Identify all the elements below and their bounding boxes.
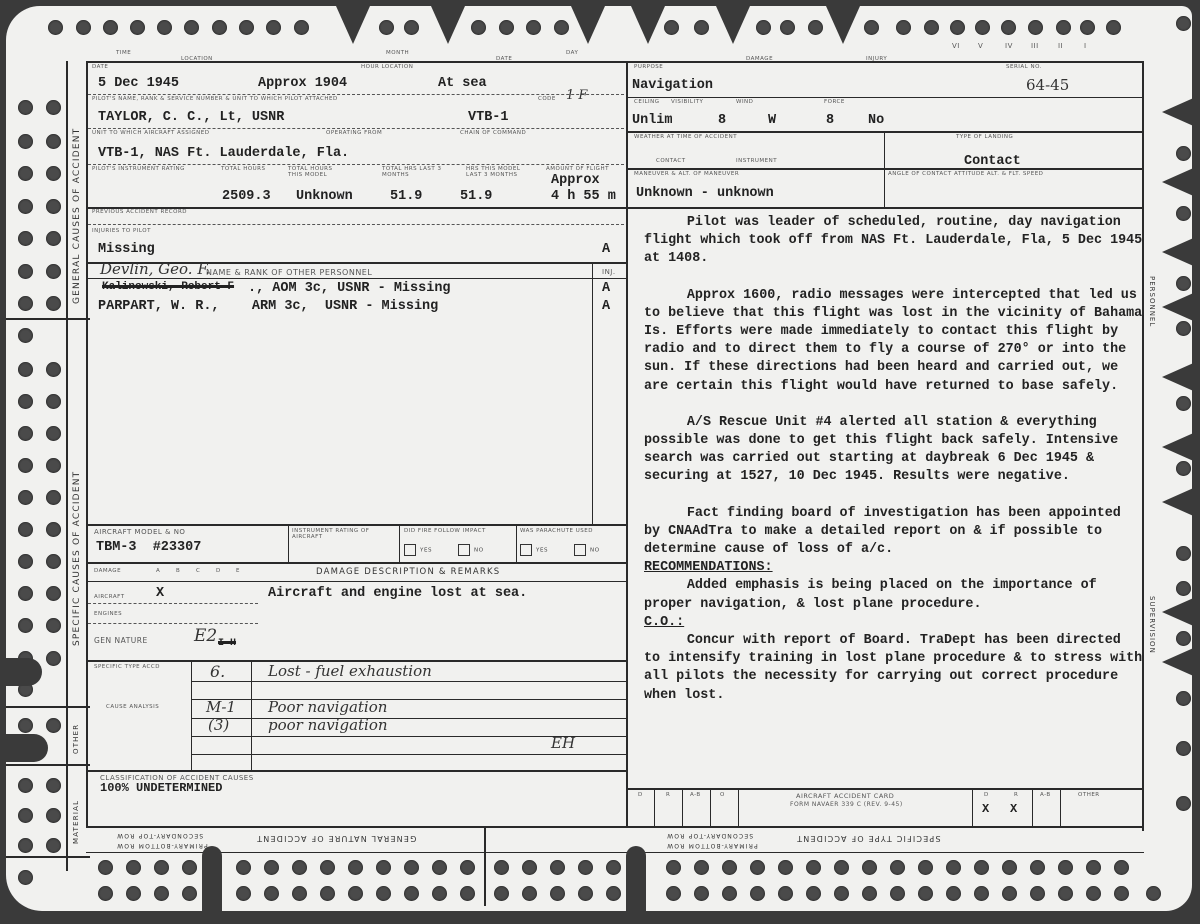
card-notch: [1162, 236, 1198, 268]
other-personnel-label: NAME & RANK OF OTHER PERSONNEL: [206, 268, 372, 277]
card-notch: [1162, 291, 1198, 323]
damage-remarks: Aircraft and engine lost at sea.: [268, 586, 527, 601]
aircraft-unit-label: UNIT TO WHICH AIRCRAFT ASSIGNED: [92, 130, 210, 136]
force: 8: [826, 113, 834, 128]
specific-type-label: SPECIFIC TYPE ACCD: [94, 664, 160, 670]
damage-col-d: D: [216, 568, 221, 574]
crew-detail: ., AOM 3c, USNR - Missing: [248, 281, 451, 296]
roman-6: VI: [952, 42, 960, 50]
damage-col-a: A: [156, 568, 160, 574]
serial-label: SERIAL NO.: [1006, 64, 1042, 70]
parachute-label: WAS PARACHUTE USED: [520, 528, 593, 534]
damage-engines-label: ENGINES: [94, 611, 122, 617]
damage-col-b: B: [176, 568, 180, 574]
bottom-right-sub1: PRIMARY-BOTTOM ROW: [666, 842, 758, 849]
side-label-supervision: SUPERVISION: [1148, 596, 1156, 654]
pilot-label: PILOT'S NAME, RANK & SERVICE NUMBER & UN…: [92, 96, 338, 102]
card-notch: [1162, 596, 1198, 628]
roman-2: II: [1058, 42, 1063, 50]
card-notch: [1162, 361, 1198, 393]
hours-model-last-3-months: 51.9: [460, 189, 492, 204]
hour-location-label: HOUR LOCATION: [361, 64, 413, 70]
instrument-rating-aircraft-label: INSTRUMENT RATING OF AIRCRAFT: [292, 528, 392, 540]
gen-nature-handwritten: E2: [194, 626, 217, 646]
wind-label: WIND: [736, 99, 753, 105]
form-number: FORM NAVAER 339 C (REV. 9-45): [790, 801, 903, 808]
card-notch: [336, 6, 370, 44]
gen-nature-label: GEN NATURE: [94, 636, 148, 645]
mark-d: X: [982, 802, 989, 816]
code-d-right: D: [984, 792, 989, 798]
side-label-other: OTHER: [72, 724, 80, 754]
parachute-no-checkbox[interactable]: NO: [574, 544, 600, 556]
card-notch: [431, 6, 465, 44]
bottom-left-sub1: PRIMARY-BOTTOM ROW: [116, 842, 208, 849]
speed-label: ANGLE OF CONTACT ATTITUDE ALT. & FLT. SP…: [888, 171, 1043, 177]
crew-injury: A: [602, 299, 610, 314]
bottom-right-label: SPECIFIC TYPE OF ACCIDENT: [796, 834, 941, 843]
purpose-label: PURPOSE: [634, 64, 663, 70]
accident-card: TIME LOCATION MONTH DATE DAY DAMAGE INJU…: [6, 6, 1192, 911]
card-notch: [1162, 166, 1198, 198]
classification-value: 100% UNDETERMINED: [100, 781, 222, 795]
roman-4: IV: [1005, 42, 1013, 50]
ceiling-label: CEILING: [634, 99, 660, 105]
roman-5: V: [978, 42, 983, 50]
initials: EH: [551, 734, 575, 752]
ceiling: Unlim: [632, 113, 673, 128]
specific-code: 6.: [210, 662, 225, 681]
total-hours: 2509.3: [222, 189, 271, 204]
co-heading: C.O.:: [644, 614, 1144, 632]
damage-col-e: E: [236, 568, 240, 574]
narrative-paragraph: Pilot was leader of scheduled, routine, …: [644, 214, 1144, 269]
chain-of-command-label: CHAIN OF COMMAND: [460, 130, 526, 136]
pilot-name: TAYLOR, C. C., Lt, USNR: [98, 110, 284, 125]
night: No: [868, 113, 884, 128]
crew-detail: PARPART, W. R., ARM 3c, USNR - Missing: [98, 299, 438, 314]
weather-label: WEATHER AT TIME OF ACCIDENT: [634, 134, 737, 140]
aircraft-unit: VTB-1, NAS Ft. Lauderdale, Fla.: [98, 146, 349, 161]
total-hours-label: TOTAL HOURS: [221, 166, 266, 172]
roman-1: I: [1084, 42, 1087, 50]
bottom-left-sub2: SECONDARY-TOP ROW: [116, 832, 203, 839]
flight-time-line2: 4 h 55 m: [551, 189, 616, 204]
code-other: OTHER: [1078, 792, 1100, 798]
fire-label: DID FIRE FOLLOW IMPACT: [404, 528, 486, 534]
fire-yes-checkbox[interactable]: YES: [404, 544, 432, 556]
hours-3mo-label: TOTAL HRS LAST 3 MONTHS: [382, 166, 442, 178]
purpose: Navigation: [632, 78, 713, 93]
cause-text: Poor navigation: [268, 698, 387, 716]
accident-location: At sea: [438, 76, 487, 91]
card-notch: [1162, 431, 1198, 463]
cause-analysis-label: CAUSE ANALYSIS: [106, 704, 159, 710]
code-ab-right: A-B: [1040, 792, 1051, 798]
card-notch: [1162, 486, 1198, 518]
pilot-injury: Missing: [98, 242, 155, 257]
side-label-general: GENERAL CAUSES OF ACCIDENT: [72, 128, 82, 304]
side-label-specific: SPECIFIC CAUSES OF ACCIDENT: [72, 471, 82, 646]
damage-label: DAMAGE: [94, 568, 121, 574]
gen-nature-struck: I-H: [218, 638, 236, 649]
narrative: Pilot was leader of scheduled, routine, …: [644, 214, 1144, 705]
bottom-left-label: GENERAL NATURE OF ACCIDENT: [256, 834, 416, 843]
accident-hour: Approx 1904: [258, 76, 347, 91]
injuries-label: INJURIES TO PILOT: [92, 228, 151, 234]
code-handwritten: 1 F: [566, 88, 587, 103]
bottom-right-sub2: SECONDARY-TOP ROW: [666, 832, 753, 839]
date-label: DATE: [92, 64, 108, 70]
aircraft-model-label: AIRCRAFT MODEL & NO: [94, 528, 185, 536]
top-label-time: TIME: [116, 50, 131, 56]
hours-model-3mo-label: HRS THIS MODEL LAST 3 MONTHS: [466, 166, 526, 178]
damage-col-c: C: [196, 568, 200, 574]
accident-date: 5 Dec 1945: [98, 76, 179, 91]
code-o: O: [720, 792, 725, 798]
crew-name-struck: Kalinowski, Robert F: [102, 281, 234, 293]
visibility-label: VISIBILITY: [671, 99, 703, 105]
card-notch: [1162, 646, 1198, 678]
instrument-label: INSTRUMENT: [736, 158, 777, 164]
pilot-injury-code: A: [602, 242, 610, 257]
hours-this-model: Unknown: [296, 189, 353, 204]
card-notch: [716, 6, 750, 44]
cause-code: (3): [208, 716, 229, 734]
side-label-personnel: PERSONNEL: [1148, 276, 1156, 327]
code-r: R: [666, 792, 670, 798]
maneuver-label: MANEUVER & ALT. OF MANEUVER: [634, 171, 739, 177]
narrative-paragraph: Approx 1600, radio messages were interce…: [644, 287, 1144, 396]
serial-number: 64-45: [1026, 76, 1069, 94]
flight-amount-label: AMOUNT OF FLIGHT: [546, 166, 609, 172]
contact-label: CONTACT: [656, 158, 686, 164]
flight-time-line1: Approx: [551, 173, 600, 188]
card-slot: [202, 846, 222, 916]
type-of-landing: Contact: [964, 154, 1021, 169]
damage-aircraft-mark: X: [156, 586, 164, 601]
crew-injury: A: [602, 281, 610, 296]
roman-3: III: [1031, 42, 1039, 50]
hours-last-3-months: 51.9: [390, 189, 422, 204]
handwritten-name: Devlin, Geo. F.: [100, 260, 210, 278]
maneuver: Unknown - unknown: [636, 186, 774, 201]
parachute-yes-checkbox[interactable]: YES: [520, 544, 548, 556]
cause-code: M-1: [206, 698, 236, 716]
side-label-material: MATERIAL: [72, 800, 80, 844]
aircraft-model: TBM-3 #23307: [96, 540, 201, 555]
narrative-paragraph: Fact finding board of investigation has …: [644, 505, 1144, 560]
card-slot: [626, 846, 646, 916]
wind: W: [768, 113, 776, 128]
cause-text: poor navigation: [268, 716, 388, 734]
narrative-paragraph: A/S Rescue Unit #4 alerted all station &…: [644, 414, 1144, 487]
card-notch: [571, 6, 605, 44]
fire-no-checkbox[interactable]: NO: [458, 544, 484, 556]
operating-from-label: OPERATING FROM: [326, 130, 382, 136]
instrument-rating-label: PILOT'S INSTRUMENT RATING: [92, 166, 185, 172]
mark-r: X: [1010, 802, 1017, 816]
narrative-paragraph: Concur with report of Board. TraDept has…: [644, 632, 1144, 705]
top-label-day: DAY: [566, 50, 578, 56]
remarks-header: DAMAGE DESCRIPTION & REMARKS: [316, 567, 500, 577]
damage-aircraft-label: AIRCRAFT: [94, 594, 125, 600]
card-notch: [1162, 96, 1198, 128]
card-notch: [631, 6, 665, 44]
code-ab: A-B: [690, 792, 701, 798]
prev-record-label: PREVIOUS ACCIDENT RECORD: [92, 209, 187, 215]
top-label-month: MONTH: [386, 50, 409, 56]
type-landing-label: TYPE OF LANDING: [956, 134, 1013, 140]
force-label: FORCE: [824, 99, 845, 105]
recommendations-heading: RECOMMENDATIONS:: [644, 559, 1144, 577]
code-r-right: R: [1014, 792, 1018, 798]
card-notch: [826, 6, 860, 44]
form-name: AIRCRAFT ACCIDENT CARD: [796, 792, 894, 800]
specific-text: Lost - fuel exhaustion: [268, 662, 432, 680]
pilot-unit: VTB-1: [468, 110, 509, 125]
hours-model-label: TOTAL HOURS THIS MODEL: [288, 166, 338, 178]
code-d: D: [638, 792, 643, 798]
narrative-paragraph: Added emphasis is being placed on the im…: [644, 577, 1144, 613]
visibility: 8: [718, 113, 726, 128]
injury-col-label: INJ.: [602, 268, 616, 276]
code-label: CODE: [538, 96, 556, 102]
